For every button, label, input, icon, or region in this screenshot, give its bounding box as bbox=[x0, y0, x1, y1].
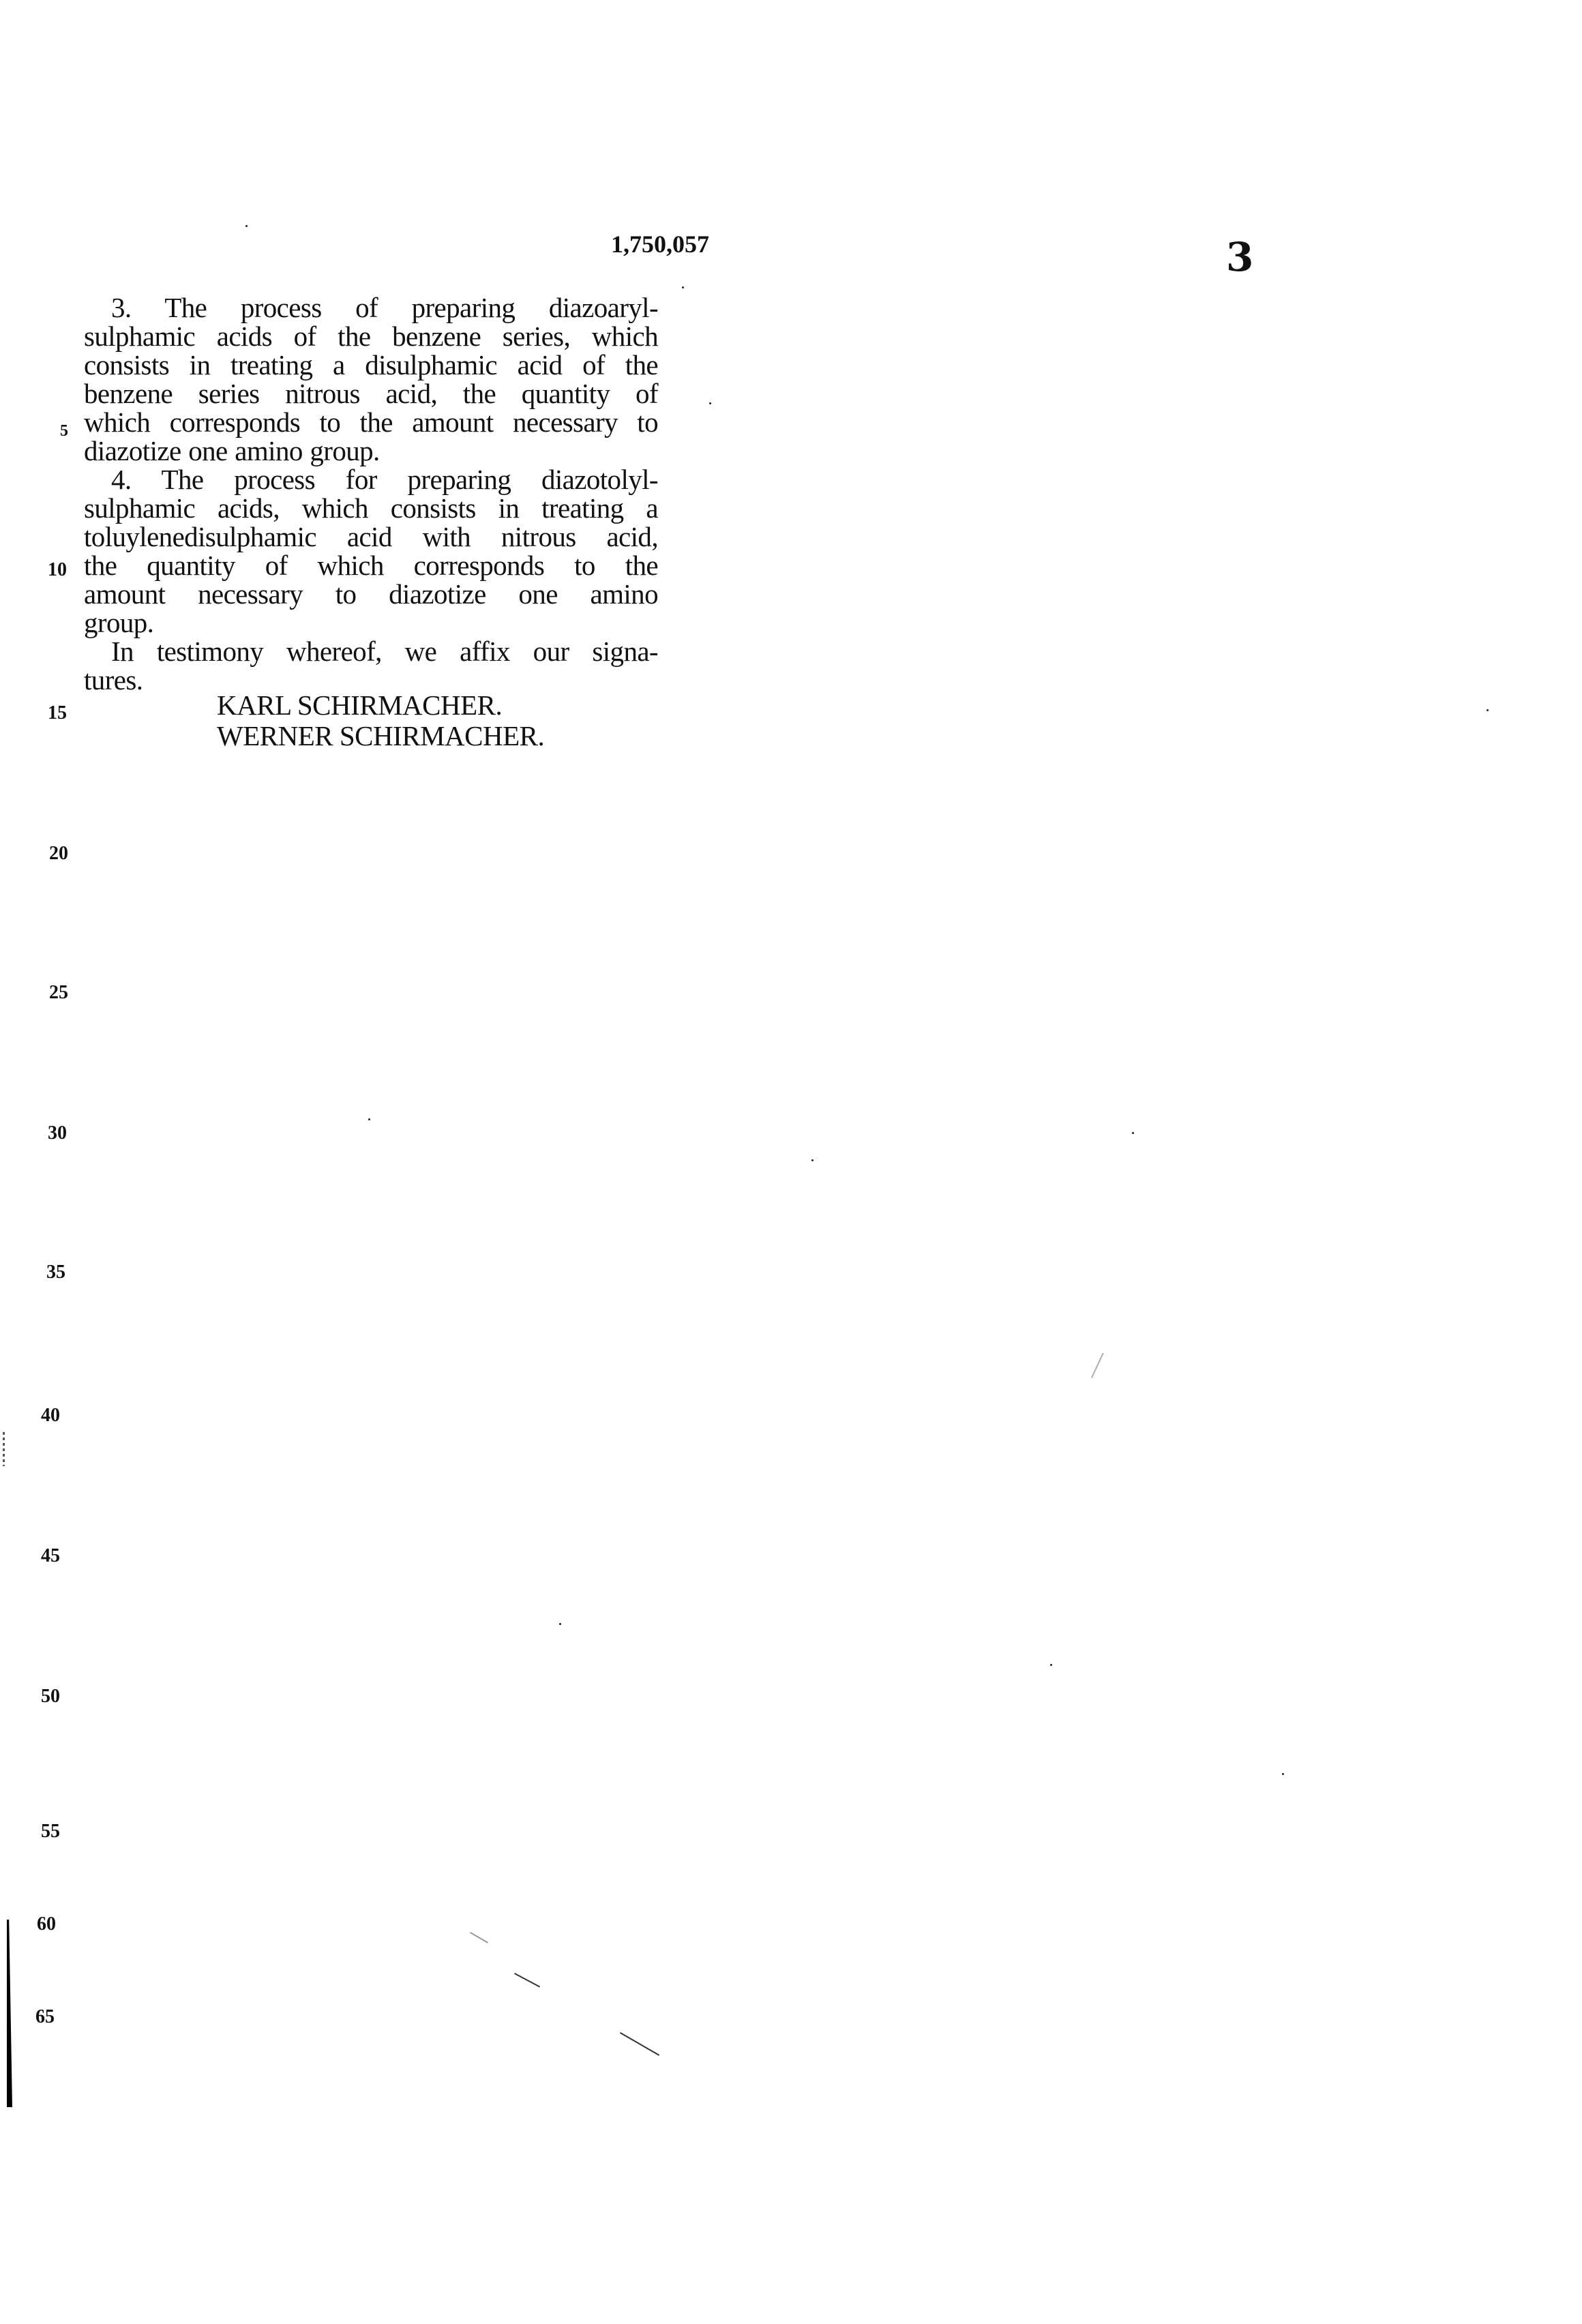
line-number: 65 bbox=[14, 2008, 55, 2027]
scan-scratch bbox=[1091, 1353, 1104, 1378]
claim-line: sulphamic acids of the benzene series, w… bbox=[84, 322, 658, 351]
claim-line: toluylenedisulphamic acid with nitrous a… bbox=[84, 522, 658, 551]
claim-line: sulphamic acids, which consists in treat… bbox=[84, 494, 658, 522]
line-number: 5 bbox=[27, 423, 68, 439]
scan-scratch bbox=[470, 1932, 488, 1943]
line-number: 20 bbox=[27, 844, 68, 863]
claim-line: group. bbox=[84, 608, 658, 637]
line-number: 35 bbox=[25, 1263, 65, 1282]
patent-number: 1,750,057 bbox=[611, 232, 709, 256]
line-number: 60 bbox=[15, 1915, 56, 1934]
line-number: 10 bbox=[26, 561, 67, 580]
claim-4: 4. The process for preparing diazotolyl-… bbox=[84, 465, 658, 637]
claim-line: diazotize one amino group. bbox=[84, 436, 658, 465]
signature-werner: WERNER SCHIRMACHER. bbox=[217, 721, 544, 751]
scan-scratch bbox=[514, 1973, 540, 1987]
claim-line: benzene series nitrous acid, the quantit… bbox=[84, 379, 658, 408]
testimony-clause: In testimony whereof, we affix our signa… bbox=[84, 637, 658, 694]
line-number: 30 bbox=[26, 1124, 67, 1143]
claim-line: 4. The process for preparing diazotolyl- bbox=[84, 465, 658, 494]
line-number: 25 bbox=[27, 983, 68, 1002]
claim-line: consists in treating a disulphamic acid … bbox=[84, 351, 658, 379]
scan-scratch bbox=[620, 2032, 659, 2056]
scan-speck bbox=[1282, 1773, 1284, 1775]
page-number: 3 bbox=[1226, 237, 1253, 277]
line-number: 40 bbox=[19, 1406, 60, 1425]
patent-page: 1,750,057 3 3. The process of preparing … bbox=[0, 0, 1582, 2324]
scan-speck bbox=[1487, 709, 1489, 711]
line-number: 15 bbox=[26, 704, 67, 723]
line-number: 45 bbox=[19, 1547, 60, 1566]
claim-3: 3. The process of preparing diazoaryl- s… bbox=[84, 293, 658, 465]
testimony-line: In testimony whereof, we affix our signa… bbox=[84, 637, 658, 666]
scan-speck bbox=[1050, 1664, 1052, 1666]
scan-speck bbox=[682, 286, 684, 288]
scan-speck bbox=[811, 1159, 814, 1161]
claim-line: amount necessary to diazotize one amino bbox=[84, 580, 658, 608]
claims-column: 3. The process of preparing diazoaryl- s… bbox=[84, 293, 658, 694]
scan-speck bbox=[559, 1623, 561, 1625]
scan-edge-bar bbox=[7, 1920, 12, 2107]
signature-karl: KARL SCHIRMACHER. bbox=[217, 690, 544, 721]
claim-line: which corresponds to the amount necessar… bbox=[84, 408, 658, 436]
scan-speck bbox=[245, 225, 248, 227]
scan-speck bbox=[368, 1118, 370, 1120]
scan-artifact bbox=[3, 1432, 5, 1466]
scan-speck bbox=[1132, 1132, 1134, 1134]
signature-block: KARL SCHIRMACHER. WERNER SCHIRMACHER. bbox=[217, 690, 544, 751]
line-number: 50 bbox=[19, 1687, 60, 1706]
scan-speck bbox=[709, 402, 711, 404]
claim-line: the quantity of which corresponds to the bbox=[84, 551, 658, 580]
claim-line: 3. The process of preparing diazoaryl- bbox=[84, 293, 658, 322]
line-number: 55 bbox=[19, 1822, 60, 1841]
